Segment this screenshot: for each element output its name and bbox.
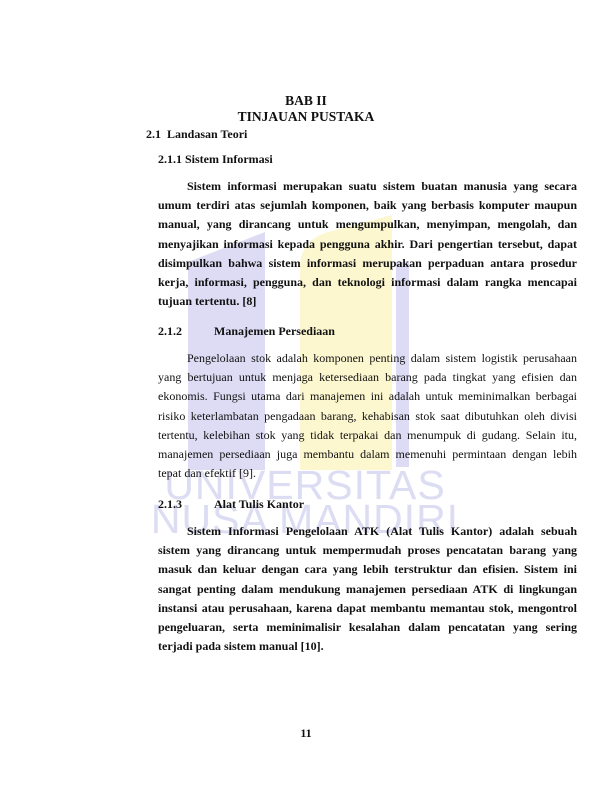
subsection-title: Alat Tulis Kantor [214,497,304,511]
subsection-number: 2.1.1 [158,152,182,166]
section-number: 2.1 [146,127,161,141]
subsection-title: Manajemen Persediaan [214,324,335,338]
paragraph-manajemen-persediaan: Pengelolaan stok adalah komponen penting… [158,349,577,483]
section-heading: 2.1 Landasan Teori [146,127,247,142]
subsection-number: 2.1.2 [158,324,214,339]
subsection-title: Sistem Informasi [185,152,273,166]
subsection-heading-alat-tulis-kantor: 2.1.3Alat Tulis Kantor [158,497,304,512]
page-number: 11 [0,726,612,741]
document-content: BAB II TINJAUAN PUSTAKA 2.1 Landasan Teo… [0,0,612,792]
section-title: Landasan Teori [167,127,247,141]
document-page: UNIVERSITAS NUSA MANDIRI BAB II TINJAUAN… [0,0,612,792]
subsection-heading-manajemen-persediaan: 2.1.2Manajemen Persediaan [158,324,335,339]
subsection-number: 2.1.3 [158,497,214,512]
subsection-heading-sistem-informasi: 2.1.1 Sistem Informasi [158,152,273,167]
chapter-title: TINJAUAN PUSTAKA [0,109,612,125]
chapter-number: BAB II [0,93,612,109]
paragraph-alat-tulis-kantor: Sistem Informasi Pengelolaan ATK (Alat T… [158,522,577,656]
paragraph-sistem-informasi: Sistem informasi merupakan suatu sistem … [158,177,577,311]
